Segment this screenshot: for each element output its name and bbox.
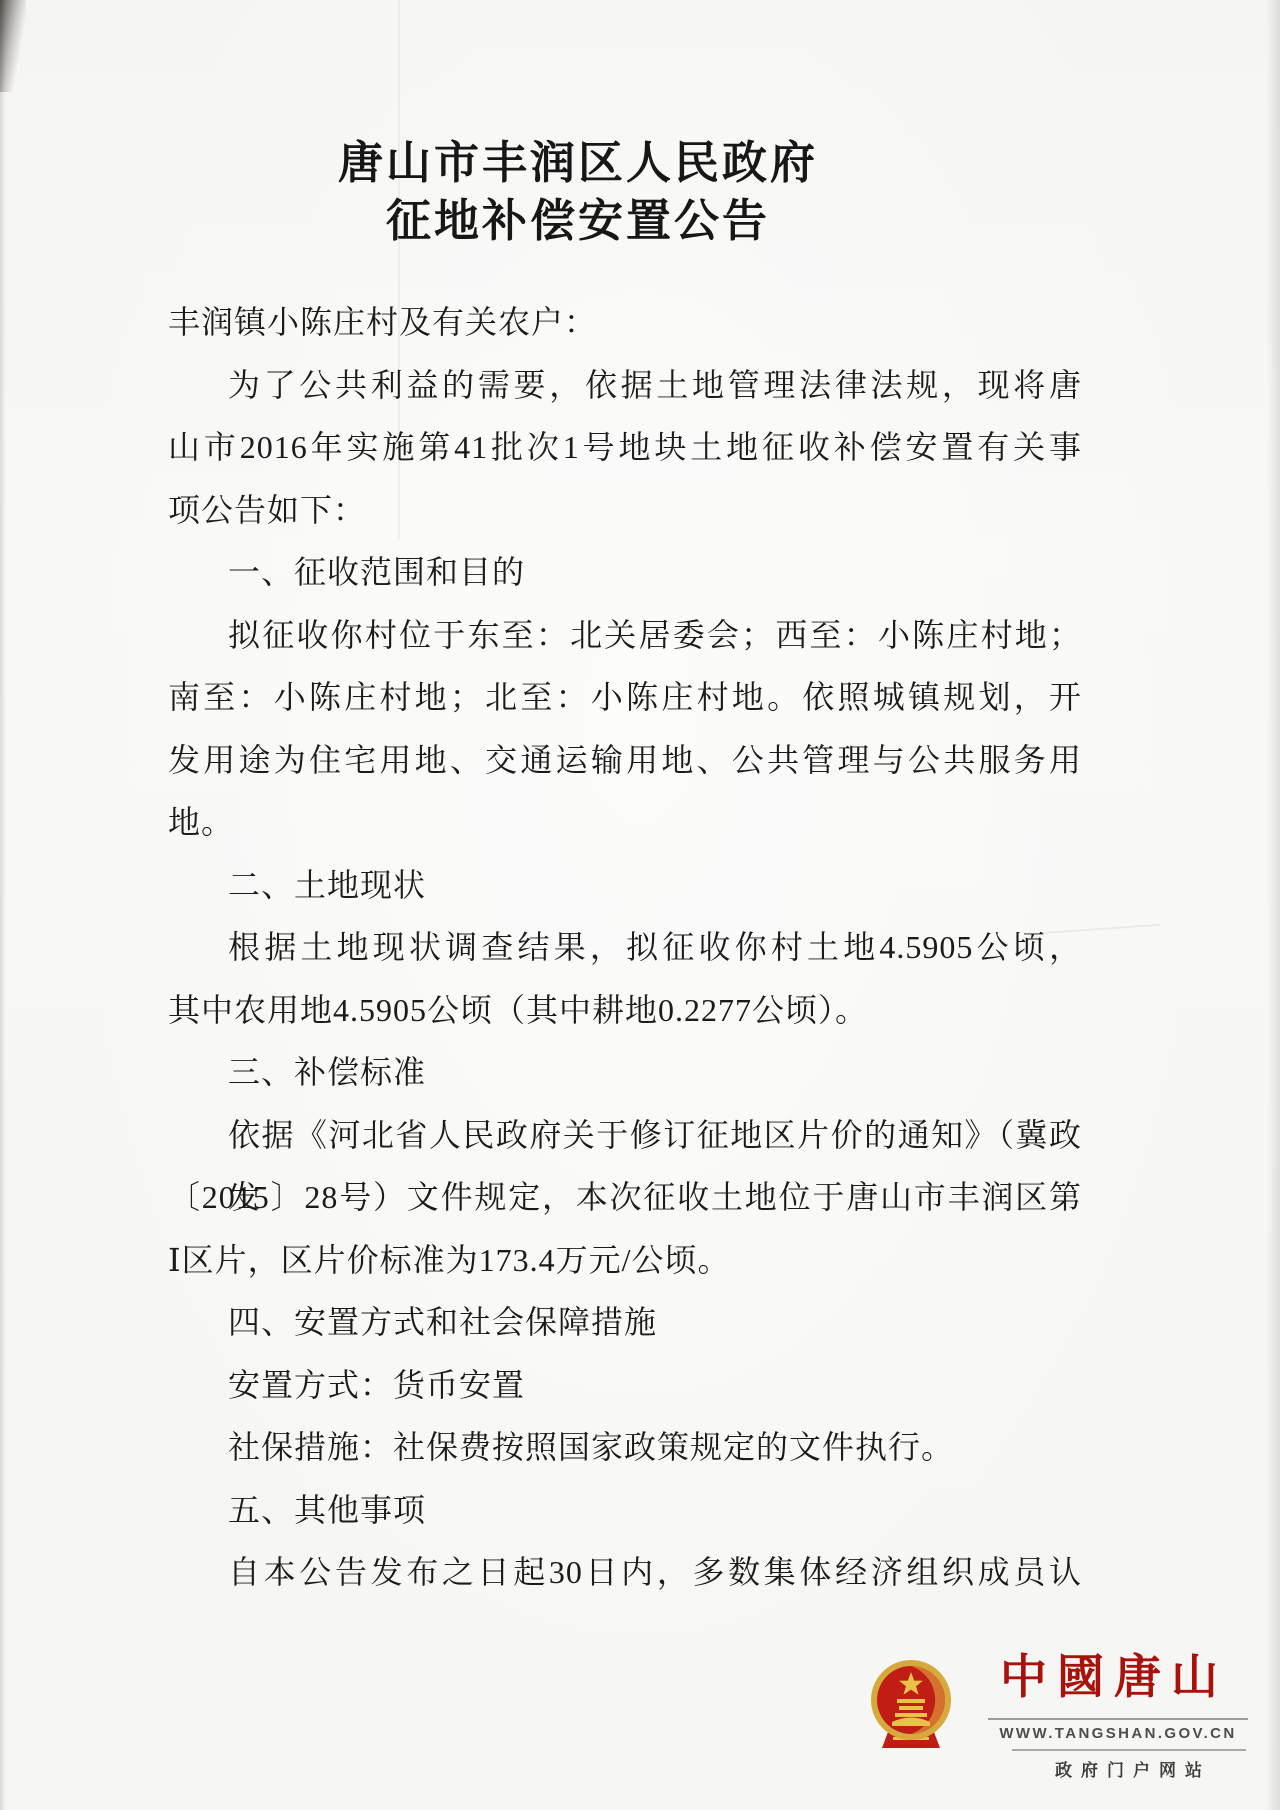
text-line: 项公告如下： — [168, 479, 1082, 542]
text-line: 其中农用地4.5905公顷（其中耕地0.2277公顷）。 — [168, 979, 1082, 1042]
document-body: 丰润镇小陈庄村及有关农户：为了公共利益的需要，依据土地管理法律法规，现将唐山市2… — [168, 291, 1082, 1604]
scan-left-edge-shadow — [0, 0, 6, 1810]
text-line: 为了公共利益的需要，依据土地管理法律法规，现将唐 — [168, 354, 1082, 417]
text-line: Ⅰ区片，区片价标准为173.4万元/公顷。 — [168, 1229, 1082, 1292]
logo-divider-bottom — [1012, 1749, 1246, 1751]
national-emblem-icon — [868, 1658, 954, 1752]
text-line: 二、土地现状 — [168, 854, 1082, 917]
text-line: 自本公告发布之日起30日内，多数集体经济组织成员认 — [168, 1541, 1082, 1604]
scanned-document-page: 唐山市丰润区人民政府 征地补偿安置公告 丰润镇小陈庄村及有关农户：为了公共利益的… — [0, 0, 1280, 1810]
text-line: 三、补偿标准 — [168, 1041, 1082, 1104]
text-line: 南至：小陈庄村地；北至：小陈庄村地。依照城镇规划，开 — [168, 666, 1082, 729]
text-line: 地。 — [168, 791, 1082, 854]
text-line: 安置方式：货币安置 — [168, 1354, 1082, 1417]
document-title: 唐山市丰润区人民政府 征地补偿安置公告 — [0, 134, 1156, 250]
text-line: 〔2015〕28号）文件规定，本次征收土地位于唐山市丰润区第 — [168, 1166, 1082, 1229]
text-line: 一、征收范围和目的 — [168, 541, 1082, 604]
text-line: 丰润镇小陈庄村及有关农户： — [168, 291, 1082, 354]
logo-divider-top — [988, 1718, 1248, 1720]
text-line: 五、其他事项 — [168, 1479, 1082, 1542]
site-tagline: 政府门户网站 — [1016, 1756, 1250, 1781]
text-line: 依据《河北省人民政府关于修订征地区片价的通知》（冀政发 — [168, 1104, 1082, 1167]
text-line: 四、安置方式和社会保障措施 — [168, 1291, 1082, 1354]
scan-right-edge-shadow — [1266, 0, 1280, 1810]
brand-calligraphy: 中國唐山 — [1000, 1652, 1260, 1704]
tangshan-gov-logo: 中國唐山 WWW.TANGSHAN.GOV.CN 政府门户网站 — [860, 1650, 1260, 1800]
site-url: WWW.TANGSHAN.GOV.CN — [986, 1725, 1250, 1742]
text-line: 山市2016年实施第41批次1号地块土地征收补偿安置有关事 — [168, 416, 1082, 479]
text-line: 拟征收你村位于东至：北关居委会；西至：小陈庄村地； — [168, 604, 1082, 667]
document-title-line2: 征地补偿安置公告 — [0, 192, 1156, 250]
document-title-line1: 唐山市丰润区人民政府 — [0, 134, 1156, 192]
text-line: 根据土地现状调查结果，拟征收你村土地4.5905公顷， — [168, 916, 1082, 979]
text-line: 发用途为住宅用地、交通运输用地、公共管理与公共服务用 — [168, 729, 1082, 792]
text-line: 社保措施：社保费按照国家政策规定的文件执行。 — [168, 1416, 1082, 1479]
